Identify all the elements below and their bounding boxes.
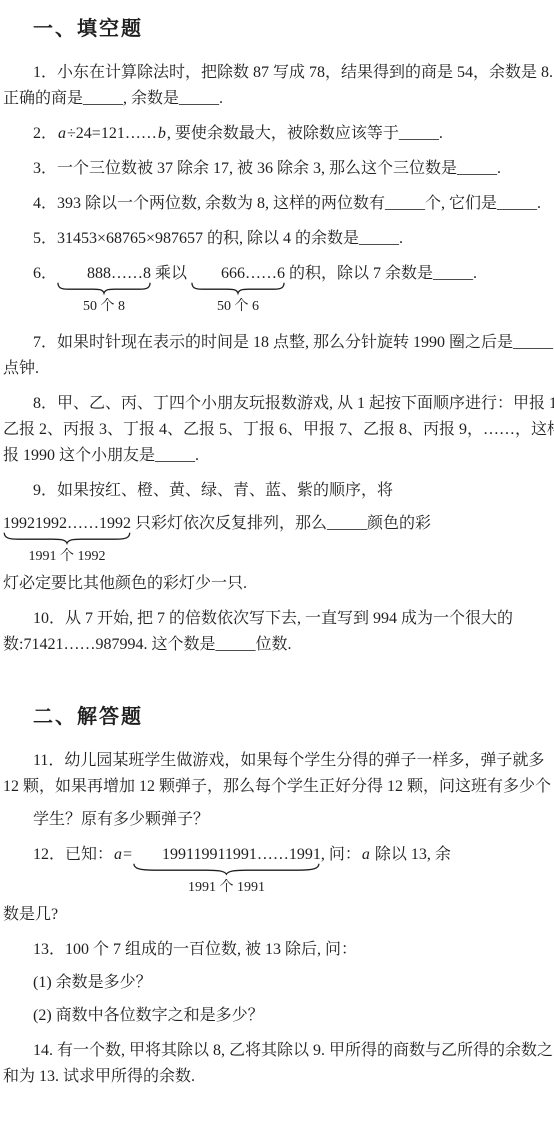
text-run: 除以 13, 余 — [371, 846, 451, 863]
text-run: 4．393 除以一个两位数, 余数为 8, 这样的两位数有_____个, 它们是… — [33, 195, 541, 212]
text-run: 13．100 个 7 组成的一百位数, 被 13 除后, 问： — [33, 941, 357, 958]
text-run: 6． — [33, 265, 57, 282]
text-run: 8．甲、乙、丙、丁四个小朋友玩报数游戏, 从 1 起按下面顺序进行：甲报 1、 — [33, 395, 554, 412]
text-run: 10．从 7 开始, 把 7 的倍数依次写下去, 一直写到 994 成为一个很大… — [33, 610, 513, 627]
question-5: 5．31453×68765×987657 的积, 除以 4 的余数是_____. — [3, 227, 552, 250]
question-line: 正确的商是_____, 余数是_____. — [3, 87, 552, 110]
question-6: 6．888……850 个 8 乘以 666……650 个 6 的积，除以 7 余… — [3, 262, 552, 319]
text-run: 只彩灯依次反复排列，那么_____颜色的彩 — [131, 515, 431, 532]
text-run: 1．小东在计算除法时，把除数 87 写成 78，结果得到的商是 54，余数是 8… — [33, 64, 553, 81]
question-line: 学生？原有多少颗弹子？ — [3, 808, 552, 831]
question-13: 13．100 个 7 组成的一百位数, 被 13 除后, 问：(1) 余数是多少… — [3, 938, 552, 1027]
text-run: = — [123, 846, 132, 863]
math-variable: a — [57, 125, 67, 142]
underbrace-group: 888……850 个 8 — [57, 262, 151, 285]
question-line: 灯必定要比其他颜色的彩灯少一只. — [3, 572, 552, 595]
underbrace-label: 50 个 6 — [217, 295, 259, 318]
question-line: 14. 有一个数, 甲将其除以 8, 乙将其除以 9. 甲所得的商数与乙所得的余… — [3, 1039, 552, 1062]
question-line: 12 颗，如果再增加 12 颗弹子，那么每个学生正好分得 12 颗，问这班有多少… — [3, 775, 552, 798]
text-run: 12 颗，如果再增加 12 颗弹子，那么每个学生正好分得 12 颗，问这班有多少… — [3, 778, 551, 795]
text-run: 数是几? — [3, 906, 58, 923]
question-line: 和为 13. 试求甲所得的余数. — [3, 1065, 552, 1088]
underbrace-label: 1991 个 1992 — [29, 545, 106, 568]
section-1-heading: 一、填空题 — [3, 12, 552, 41]
question-line: 8．甲、乙、丙、丁四个小朋友玩报数游戏, 从 1 起按下面顺序进行：甲报 1、 — [3, 392, 552, 415]
underbrace-label: 1991 个 1991 — [188, 876, 265, 899]
question-line: (2) 商数中各位数字之和是多少？ — [3, 1004, 552, 1027]
text-run: , 问： — [321, 846, 361, 863]
question-7: 7．如果时针现在表示的时间是 18 点整, 那么分针旋转 1990 圈之后是__… — [3, 331, 552, 380]
underbrace-text: 888……8 — [87, 265, 151, 282]
question-line: (1) 余数是多少？ — [3, 971, 552, 994]
question-line: 数:71421……987994. 这个数是_____位数. — [3, 633, 552, 656]
text-run: 正确的商是_____, 余数是_____. — [3, 90, 223, 107]
underbrace-text: 19921992……1992 — [3, 515, 131, 532]
underbrace-text: 199119911991……1991 — [162, 846, 321, 863]
question-1: 1．小东在计算除法时，把除数 87 写成 78，结果得到的商是 54，余数是 8… — [3, 61, 552, 110]
question-line: 6．888……850 个 8 乘以 666……650 个 6 的积，除以 7 余… — [3, 262, 552, 319]
question-4: 4．393 除以一个两位数, 余数为 8, 这样的两位数有_____个, 它们是… — [3, 192, 552, 215]
text-run: 乙报 2、丙报 3、丁报 4、乙报 5、丁报 6、甲报 7、乙报 8、丙报 9，… — [3, 421, 554, 438]
section-2-heading: 二、解答题 — [3, 700, 552, 729]
question-2: 2．a÷24=121……b, 要使余数最大，被除数应该等于_____. — [3, 122, 552, 145]
question-11: 11．幼儿园某班学生做游戏，如果每个学生分得的弹子一样多，弹子就多12 颗，如果… — [3, 749, 552, 831]
text-run: ÷24=121…… — [67, 125, 157, 142]
text-run: 12．已知： — [33, 846, 113, 863]
question-3: 3．一个三位数被 37 除余 17, 被 36 除余 3, 那么这个三位数是__… — [3, 157, 552, 180]
question-line: 数是几? — [3, 903, 552, 926]
question-line: 3．一个三位数被 37 除余 17, 被 36 除余 3, 那么这个三位数是__… — [3, 157, 552, 180]
question-line: 5．31453×68765×987657 的积, 除以 4 的余数是_____. — [3, 227, 552, 250]
underbrace-group: 666……650 个 6 — [191, 262, 285, 285]
question-line: 13．100 个 7 组成的一百位数, 被 13 除后, 问： — [3, 938, 552, 961]
question-8: 8．甲、乙、丙、丁四个小朋友玩报数游戏, 从 1 起按下面顺序进行：甲报 1、乙… — [3, 392, 552, 467]
question-line: 4．393 除以一个两位数, 余数为 8, 这样的两位数有_____个, 它们是… — [3, 192, 552, 215]
text-run: 14. 有一个数, 甲将其除以 8, 乙将其除以 9. 甲所得的商数与乙所得的余… — [33, 1042, 553, 1059]
question-line: 19921992……19921991 个 1992 只彩灯依次反复排列，那么__… — [3, 512, 552, 569]
text-run: 报 1990 这个小朋友是_____. — [3, 447, 199, 464]
math-variable: a — [361, 846, 371, 863]
text-run: 7．如果时针现在表示的时间是 18 点整, 那么分针旋转 1990 圈之后是__… — [33, 334, 553, 351]
underbrace-icon — [57, 282, 151, 294]
underbrace-label: 50 个 8 — [83, 295, 125, 318]
underbrace-group: 19921992……19921991 个 1992 — [3, 512, 131, 535]
section-answer-questions: 二、解答题 11．幼儿园某班学生做游戏，如果每个学生分得的弹子一样多，弹子就多1… — [3, 700, 552, 1088]
text-run: 2． — [33, 125, 57, 142]
question-12: 12．已知：a=199119911991……19911991 个 1991, 问… — [3, 843, 552, 926]
section-2-questions: 11．幼儿园某班学生做游戏，如果每个学生分得的弹子一样多，弹子就多12 颗，如果… — [3, 749, 552, 1088]
question-14: 14. 有一个数, 甲将其除以 8, 乙将其除以 9. 甲所得的商数与乙所得的余… — [3, 1039, 552, 1088]
question-line: 报 1990 这个小朋友是_____. — [3, 444, 552, 467]
underbrace-icon — [3, 532, 131, 544]
text-run: (1) 余数是多少？ — [33, 974, 152, 991]
question-line: 11．幼儿园某班学生做游戏，如果每个学生分得的弹子一样多，弹子就多 — [3, 749, 552, 772]
underbrace-icon — [191, 282, 285, 294]
question-line: 乙报 2、丙报 3、丁报 4、乙报 5、丁报 6、甲报 7、乙报 8、丙报 9，… — [3, 418, 552, 441]
text-run: 11．幼儿园某班学生做游戏，如果每个学生分得的弹子一样多，弹子就多 — [33, 752, 544, 769]
underbrace-text: 666……6 — [221, 265, 285, 282]
question-line: 7．如果时针现在表示的时间是 18 点整, 那么分针旋转 1990 圈之后是__… — [3, 331, 552, 354]
text-run: 数:71421……987994. 这个数是_____位数. — [3, 636, 291, 653]
text-run: 点钟. — [3, 360, 39, 377]
text-run: 学生？原有多少颗弹子？ — [33, 811, 209, 828]
math-variable: a — [113, 846, 123, 863]
text-run: 和为 13. 试求甲所得的余数. — [3, 1068, 195, 1085]
section-fill-in-blanks: 一、填空题 1．小东在计算除法时，把除数 87 写成 78，结果得到的商是 54… — [3, 12, 552, 656]
question-line: 1．小东在计算除法时，把除数 87 写成 78，结果得到的商是 54，余数是 8… — [3, 61, 552, 84]
question-9: 9．如果按红、橙、黄、绿、青、蓝、紫的顺序，将19921992……1992199… — [3, 479, 552, 595]
text-run: 9．如果按红、橙、黄、绿、青、蓝、紫的顺序，将 — [33, 482, 393, 499]
question-10: 10．从 7 开始, 把 7 的倍数依次写下去, 一直写到 994 成为一个很大… — [3, 607, 552, 656]
text-run: 3．一个三位数被 37 除余 17, 被 36 除余 3, 那么这个三位数是__… — [33, 160, 501, 177]
underbrace-group: 199119911991……19911991 个 1991 — [132, 843, 321, 866]
section-1-questions: 1．小东在计算除法时，把除数 87 写成 78，结果得到的商是 54，余数是 8… — [3, 61, 552, 656]
question-line: 9．如果按红、橙、黄、绿、青、蓝、紫的顺序，将 — [3, 479, 552, 502]
text-run: 5．31453×68765×987657 的积, 除以 4 的余数是_____. — [33, 230, 403, 247]
text-run: (2) 商数中各位数字之和是多少？ — [33, 1007, 264, 1024]
text-run: 灯必定要比其他颜色的彩灯少一只. — [3, 575, 247, 592]
question-line: 12．已知：a=199119911991……19911991 个 1991, 问… — [3, 843, 552, 900]
text-run: , 要使余数最大，被除数应该等于_____. — [167, 125, 443, 142]
text-run: 的积，除以 7 余数是_____. — [285, 265, 477, 282]
worksheet-page: 一、填空题 1．小东在计算除法时，把除数 87 写成 78，结果得到的商是 54… — [0, 0, 554, 1138]
question-line: 10．从 7 开始, 把 7 的倍数依次写下去, 一直写到 994 成为一个很大… — [3, 607, 552, 630]
underbrace-icon — [132, 863, 321, 875]
question-line: 2．a÷24=121……b, 要使余数最大，被除数应该等于_____. — [3, 122, 552, 145]
question-line: 点钟. — [3, 357, 552, 380]
text-run: 乘以 — [151, 265, 191, 282]
math-variable: b — [157, 125, 167, 142]
